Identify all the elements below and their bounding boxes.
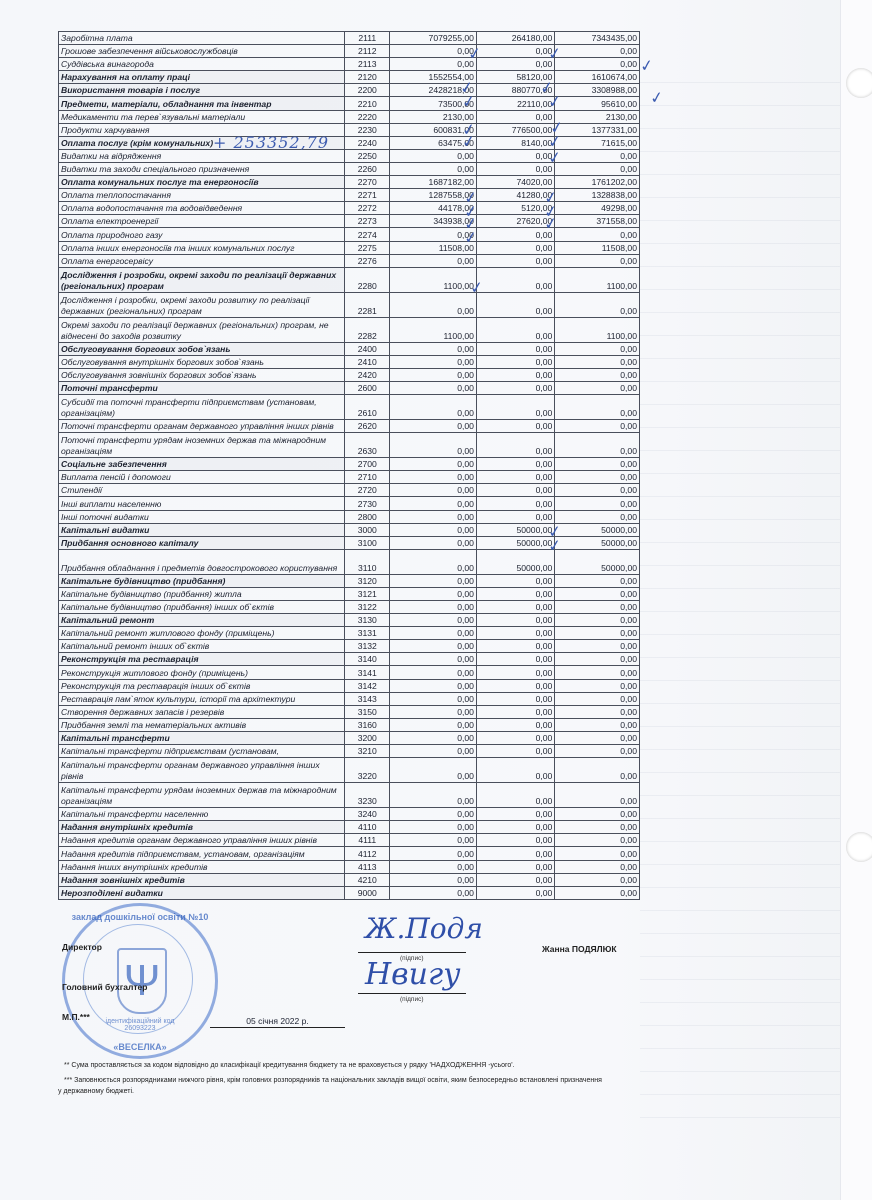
general-fund-cell: 0,00 bbox=[390, 471, 477, 484]
expense-name-cell: Обслуговування боргових зобов`язань bbox=[59, 342, 345, 355]
general-fund-cell: 0,00 bbox=[390, 458, 477, 471]
total-cell: 0,00 bbox=[555, 627, 640, 640]
general-fund-cell: 1100,00 bbox=[390, 317, 477, 342]
expense-name-cell: Субсидії та поточні трансферти підприємс… bbox=[59, 395, 345, 420]
expense-name-cell: Заробітна плата bbox=[59, 32, 345, 45]
special-fund-cell: 776500,00 bbox=[476, 123, 554, 136]
table-row: Поточні трансферти26000,000,000,00 bbox=[59, 381, 640, 394]
general-fund-cell: 0,00 bbox=[390, 355, 477, 368]
kekv-code-cell: 3120 bbox=[345, 574, 390, 587]
kekv-code-cell: 2275 bbox=[345, 241, 390, 254]
expense-name-cell: Медикаменти та перев`язувальні матеріали bbox=[59, 110, 345, 123]
table-row: Надання інших внутрішніх кредитів41130,0… bbox=[59, 860, 640, 873]
table-row: Стипендії27200,000,000,00 bbox=[59, 484, 640, 497]
kekv-code-cell: 2250 bbox=[345, 149, 390, 162]
expense-name-cell: Видатки та заходи спеціального призначен… bbox=[59, 162, 345, 175]
handwritten-sum-note: + 253352,79 bbox=[213, 133, 329, 152]
kekv-code-cell: 3131 bbox=[345, 627, 390, 640]
table-row: Субсидії та поточні трансферти підприємс… bbox=[59, 395, 640, 420]
kekv-code-cell: 4113 bbox=[345, 860, 390, 873]
check-mark-icon: ✓ bbox=[469, 277, 485, 298]
kekv-code-cell: 4112 bbox=[345, 847, 390, 860]
expense-name-cell: Виплата пенсій і допомоги bbox=[59, 471, 345, 484]
special-fund-cell: 0,00 bbox=[476, 368, 554, 381]
check-mark-icon: ✓ bbox=[543, 213, 559, 234]
special-fund-cell: 0,00 bbox=[476, 58, 554, 71]
special-fund-cell: 0,00 bbox=[476, 847, 554, 860]
expense-name-cell: Оплата енергосервісу bbox=[59, 254, 345, 267]
table-row: Нерозподілені видатки90000,000,000,00 bbox=[59, 886, 640, 899]
total-cell: 0,00 bbox=[555, 574, 640, 587]
special-fund-cell: 0,00 bbox=[476, 679, 554, 692]
table-row: Створення державних запасів і резервів31… bbox=[59, 705, 640, 718]
kekv-code-cell: 2240 bbox=[345, 136, 390, 149]
punch-hole bbox=[846, 68, 872, 98]
expense-name-cell: Оплата інших енергоносіїв та інших комун… bbox=[59, 241, 345, 254]
special-fund-cell: 0,00 bbox=[476, 292, 554, 317]
expense-name-cell: Капітальний ремонт bbox=[59, 614, 345, 627]
special-fund-cell: 0,00 bbox=[476, 574, 554, 587]
general-fund-cell: 0,00 bbox=[390, 254, 477, 267]
trident-emblem-icon: Ψ bbox=[117, 948, 167, 1014]
expense-name-cell: Капітальні трансферти населенню bbox=[59, 808, 345, 821]
general-fund-cell: 0,00 bbox=[390, 536, 477, 549]
kekv-code-cell: 2281 bbox=[345, 292, 390, 317]
general-fund-cell: 0,00 bbox=[390, 342, 477, 355]
table-row: Соціальне забезпечення27000,000,000,00 bbox=[59, 458, 640, 471]
special-fund-cell: 0,00 bbox=[476, 834, 554, 847]
check-mark-icon: ✓ bbox=[639, 55, 655, 76]
special-fund-cell: 264180,00 bbox=[476, 32, 554, 45]
table-row: Капітальне будівництво (придбання) житла… bbox=[59, 587, 640, 600]
expense-name-cell: Поточні трансферти bbox=[59, 381, 345, 394]
expense-name-cell: Окремі заходи по реалізації державних (р… bbox=[59, 317, 345, 342]
expense-name-cell: Предмети, матеріали, обладнання та інвен… bbox=[59, 97, 345, 110]
special-fund-cell: 0,00 bbox=[476, 342, 554, 355]
general-fund-cell: 0,00 bbox=[390, 381, 477, 394]
total-cell: 0,00 bbox=[555, 510, 640, 523]
special-fund-cell: 0,00 bbox=[476, 433, 554, 458]
kekv-code-cell: 3130 bbox=[345, 614, 390, 627]
general-fund-cell: 0,00 bbox=[390, 731, 477, 744]
expense-name-cell: Поточні трансферти органам державного уп… bbox=[59, 420, 345, 433]
special-fund-cell: 0,00 bbox=[476, 640, 554, 653]
kekv-code-cell: 2271 bbox=[345, 189, 390, 202]
special-fund-cell: 0,00 bbox=[476, 601, 554, 614]
table-row: Виплата пенсій і допомоги27100,000,000,0… bbox=[59, 471, 640, 484]
total-cell: 1610674,00 bbox=[555, 71, 640, 84]
total-cell: 0,00 bbox=[555, 497, 640, 510]
kekv-code-cell: 3100 bbox=[345, 536, 390, 549]
director-name: Жанна ПОДЯЛЮК bbox=[542, 944, 617, 954]
total-cell: 0,00 bbox=[555, 162, 640, 175]
expense-name-cell: Використання товарів і послуг bbox=[59, 84, 345, 97]
special-fund-cell: 0,00 bbox=[476, 783, 554, 808]
total-cell: 0,00 bbox=[555, 601, 640, 614]
total-cell: 50000,00 bbox=[555, 536, 640, 549]
general-fund-cell: 0,00 bbox=[390, 886, 477, 899]
expense-name-cell: Капітальне будівництво (придбання) інших… bbox=[59, 601, 345, 614]
page-right-edge bbox=[840, 0, 872, 1200]
special-fund-cell: 0,00 bbox=[476, 510, 554, 523]
general-fund-cell: 0,00 bbox=[390, 745, 477, 758]
kekv-code-cell: 2273 bbox=[345, 215, 390, 228]
total-cell: 0,00 bbox=[555, 58, 640, 71]
table-row: Надання кредитів підприємствам, установа… bbox=[59, 847, 640, 860]
special-fund-cell: 0,00 bbox=[476, 873, 554, 886]
expense-name-cell: Реконструкція та реставрація bbox=[59, 653, 345, 666]
special-fund-cell: 0,00 bbox=[476, 587, 554, 600]
expense-name-cell: Капітальні трансферти урядам іноземних д… bbox=[59, 783, 345, 808]
kekv-code-cell: 3210 bbox=[345, 745, 390, 758]
expense-name-cell: Реконструкція та реставрація інших об`єк… bbox=[59, 679, 345, 692]
total-cell: 0,00 bbox=[555, 342, 640, 355]
table-row: Капітальний ремонт житлового фонду (прим… bbox=[59, 627, 640, 640]
special-fund-cell: 0,00 bbox=[476, 886, 554, 899]
special-fund-cell: 0,00 bbox=[476, 110, 554, 123]
total-cell: 371558,00 bbox=[555, 215, 640, 228]
kekv-code-cell: 2630 bbox=[345, 433, 390, 458]
general-fund-cell: 0,00 bbox=[390, 45, 477, 58]
table-row: Капітальний ремонт31300,000,000,00 bbox=[59, 614, 640, 627]
kekv-code-cell: 2112 bbox=[345, 45, 390, 58]
special-fund-cell: 0,00 bbox=[476, 692, 554, 705]
kekv-code-cell: 2720 bbox=[345, 484, 390, 497]
total-cell: 0,00 bbox=[555, 705, 640, 718]
special-fund-cell: 0,00 bbox=[476, 666, 554, 679]
expense-name-cell: Придбання обладнання і предметів довгост… bbox=[59, 549, 345, 574]
total-cell: 71615,00 bbox=[555, 136, 640, 149]
accountant-signature-line bbox=[358, 993, 466, 994]
expense-name-cell: Надання зовнішніх кредитів bbox=[59, 873, 345, 886]
table-row: Інші виплати населенню27300,000,000,00 bbox=[59, 497, 640, 510]
director-signature: Ж.Подя bbox=[365, 912, 483, 945]
general-fund-cell: 0,00 bbox=[390, 433, 477, 458]
total-cell: 0,00 bbox=[555, 45, 640, 58]
kekv-code-cell: 2230 bbox=[345, 123, 390, 136]
kekv-code-cell: 2113 bbox=[345, 58, 390, 71]
general-fund-cell: 0,00 bbox=[390, 640, 477, 653]
total-cell: 0,00 bbox=[555, 653, 640, 666]
table-row: Поточні трансферти урядам іноземних держ… bbox=[59, 433, 640, 458]
general-fund-cell: 0,00 bbox=[390, 627, 477, 640]
total-cell: 0,00 bbox=[555, 420, 640, 433]
special-fund-cell: 0,00 bbox=[476, 241, 554, 254]
special-fund-cell: 22110,00 bbox=[476, 97, 554, 110]
general-fund-cell: 0,00 bbox=[390, 847, 477, 860]
table-row: Заробітна плата21117079255,00264180,0073… bbox=[59, 32, 640, 45]
total-cell: 50000,00 bbox=[555, 523, 640, 536]
check-mark-icon: ✓ bbox=[547, 521, 563, 542]
expense-name-cell: Капітальне будівництво (придбання) bbox=[59, 574, 345, 587]
kekv-code-cell: 2600 bbox=[345, 381, 390, 394]
table-row: Реконструкція та реставрація31400,000,00… bbox=[59, 653, 640, 666]
general-fund-cell: 0,00 bbox=[390, 420, 477, 433]
special-fund-cell: 0,00 bbox=[476, 484, 554, 497]
expense-name-cell: Капітальний ремонт житлового фонду (прим… bbox=[59, 627, 345, 640]
table-row: Обслуговування зовнішніх боргових зобов`… bbox=[59, 368, 640, 381]
special-fund-cell: 0,00 bbox=[476, 420, 554, 433]
total-cell: 0,00 bbox=[555, 640, 640, 653]
special-fund-cell: 0,00 bbox=[476, 731, 554, 744]
total-cell: 0,00 bbox=[555, 614, 640, 627]
expense-name-cell: Поточні трансферти урядам іноземних держ… bbox=[59, 433, 345, 458]
special-fund-cell: 0,00 bbox=[476, 254, 554, 267]
special-fund-cell: 0,00 bbox=[476, 614, 554, 627]
kekv-code-cell: 3142 bbox=[345, 679, 390, 692]
kekv-code-cell: 3220 bbox=[345, 758, 390, 783]
special-fund-cell: 0,00 bbox=[476, 45, 554, 58]
general-fund-cell: 0,00 bbox=[390, 860, 477, 873]
special-fund-cell: 0,00 bbox=[476, 381, 554, 394]
expense-name-cell: Дослідження і розробки, окремі заходи ро… bbox=[59, 292, 345, 317]
kekv-code-cell: 2274 bbox=[345, 228, 390, 241]
general-fund-cell: 0,00 bbox=[390, 523, 477, 536]
kekv-code-cell: 2610 bbox=[345, 395, 390, 420]
kekv-code-cell: 2272 bbox=[345, 202, 390, 215]
expense-name-cell: Соціальне забезпечення bbox=[59, 458, 345, 471]
expense-name-cell: Обслуговування внутрішніх боргових зобов… bbox=[59, 355, 345, 368]
table-row: Надання зовнішніх кредитів42100,000,000,… bbox=[59, 873, 640, 886]
kekv-code-cell: 3143 bbox=[345, 692, 390, 705]
expense-name-cell: Реставрація пам`яток культури, історії т… bbox=[59, 692, 345, 705]
footnote-triple-star: *** Заповнюється розпорядниками нижчого … bbox=[64, 1077, 602, 1084]
seal-id-text: ідентифікаційний код 26093223 bbox=[95, 1018, 185, 1032]
kekv-code-cell: 3121 bbox=[345, 587, 390, 600]
expense-name-cell: Дослідження і розробки, окремі заходи по… bbox=[59, 267, 345, 292]
expense-name-cell: Надання кредитів органам державного упра… bbox=[59, 834, 345, 847]
total-cell: 1100,00 bbox=[555, 267, 640, 292]
total-cell: 0,00 bbox=[555, 587, 640, 600]
special-fund-cell: 0,00 bbox=[476, 471, 554, 484]
seal-place-label: М.П.*** bbox=[62, 1012, 90, 1022]
total-cell: 0,00 bbox=[555, 458, 640, 471]
total-cell: 49298,00 bbox=[555, 202, 640, 215]
table-row: Капітальні трансферти населенню32400,000… bbox=[59, 808, 640, 821]
general-fund-cell: 0,00 bbox=[390, 808, 477, 821]
kekv-code-cell: 3000 bbox=[345, 523, 390, 536]
total-cell: 1100,00 bbox=[555, 317, 640, 342]
general-fund-cell: 0,00 bbox=[390, 549, 477, 574]
special-fund-cell: 50000,00 bbox=[476, 523, 554, 536]
general-fund-cell: 0,00 bbox=[390, 510, 477, 523]
expense-name-cell: Нерозподілені видатки bbox=[59, 886, 345, 899]
total-cell: 0,00 bbox=[555, 149, 640, 162]
kekv-code-cell: 3200 bbox=[345, 731, 390, 744]
total-cell: 2130,00 bbox=[555, 110, 640, 123]
special-fund-cell: 50000,00 bbox=[476, 549, 554, 574]
bleed-through-ghost-table bbox=[640, 60, 840, 1120]
general-fund-cell: 0,00 bbox=[390, 873, 477, 886]
table-row: Надання кредитів органам державного упра… bbox=[59, 834, 640, 847]
total-cell: 0,00 bbox=[555, 679, 640, 692]
total-cell: 0,00 bbox=[555, 484, 640, 497]
table-row: Реконструкція та реставрація інших об`єк… bbox=[59, 679, 640, 692]
general-fund-cell: 0,00 bbox=[390, 758, 477, 783]
expense-name-cell: Придбання землі та нематеріальних активі… bbox=[59, 718, 345, 731]
total-cell: 3308988,00 bbox=[555, 84, 640, 97]
expense-name-cell: Нарахування на оплату праці bbox=[59, 71, 345, 84]
special-fund-cell: 0,00 bbox=[476, 860, 554, 873]
special-fund-cell: 0,00 bbox=[476, 745, 554, 758]
table-row: Поточні трансферти органам державного уп… bbox=[59, 420, 640, 433]
director-label: Директор bbox=[62, 942, 102, 952]
check-mark-icon: ✓ bbox=[461, 131, 477, 152]
total-cell: 50000,00 bbox=[555, 549, 640, 574]
check-mark-icon: ✓ bbox=[463, 227, 479, 248]
special-fund-cell: 0,00 bbox=[476, 758, 554, 783]
expense-name-cell: Придбання основного капіталу bbox=[59, 536, 345, 549]
total-cell: 1328838,00 bbox=[555, 189, 640, 202]
special-fund-cell: 0,00 bbox=[476, 228, 554, 241]
kekv-code-cell: 2200 bbox=[345, 84, 390, 97]
accountant-signature-caption: (підпис) bbox=[400, 996, 424, 1003]
kekv-code-cell: 2400 bbox=[345, 342, 390, 355]
kekv-code-cell: 2620 bbox=[345, 420, 390, 433]
expense-name-cell: Створення державних запасів і резервів bbox=[59, 705, 345, 718]
total-cell: 0,00 bbox=[555, 834, 640, 847]
kekv-code-cell: 2410 bbox=[345, 355, 390, 368]
expense-name-cell: Реконструкція житлового фонду (приміщень… bbox=[59, 666, 345, 679]
expense-name-cell: Інші виплати населенню bbox=[59, 497, 345, 510]
special-fund-cell: 0,00 bbox=[476, 317, 554, 342]
general-fund-cell: 0,00 bbox=[390, 58, 477, 71]
general-fund-cell: 0,00 bbox=[390, 834, 477, 847]
general-fund-cell: 1100,00 bbox=[390, 267, 477, 292]
kekv-code-cell: 3140 bbox=[345, 653, 390, 666]
kekv-code-cell: 3110 bbox=[345, 549, 390, 574]
table-row: Капітальне будівництво (придбання)31200,… bbox=[59, 574, 640, 587]
table-row: Капітальні трансферти32000,000,000,00 bbox=[59, 731, 640, 744]
kekv-code-cell: 3132 bbox=[345, 640, 390, 653]
table-row: Капітальний ремонт інших об`єктів31320,0… bbox=[59, 640, 640, 653]
chief-accountant-label: Головний бухгалтер bbox=[62, 982, 147, 992]
special-fund-cell: 0,00 bbox=[476, 458, 554, 471]
total-cell: 0,00 bbox=[555, 381, 640, 394]
expense-name-cell: Оплата водопостачання та водовідведення bbox=[59, 202, 345, 215]
table-row: Дослідження і розробки, окремі заходи по… bbox=[59, 267, 640, 292]
kekv-code-cell: 2800 bbox=[345, 510, 390, 523]
kekv-code-cell: 2270 bbox=[345, 176, 390, 189]
table-row: Капітальне будівництво (придбання) інших… bbox=[59, 601, 640, 614]
special-fund-cell: 50000,00 bbox=[476, 536, 554, 549]
general-fund-cell: 0,00 bbox=[390, 292, 477, 317]
expense-name-cell: Оплата природного газу bbox=[59, 228, 345, 241]
total-cell: 0,00 bbox=[555, 395, 640, 420]
director-signature-line bbox=[358, 952, 466, 953]
general-fund-cell: 1687182,00 bbox=[390, 176, 477, 189]
total-cell: 1761202,00 bbox=[555, 176, 640, 189]
table-row: Надання внутрішніх кредитів41100,000,000… bbox=[59, 821, 640, 834]
table-row: Реконструкція житлового фонду (приміщень… bbox=[59, 666, 640, 679]
footnote-triple-star-cont: у державному бюджеті. bbox=[58, 1088, 134, 1095]
special-fund-cell: 0,00 bbox=[476, 267, 554, 292]
expense-name-cell: Оплата електроенергії bbox=[59, 215, 345, 228]
kekv-code-cell: 2276 bbox=[345, 254, 390, 267]
kekv-code-cell: 4210 bbox=[345, 873, 390, 886]
kekv-code-cell: 2700 bbox=[345, 458, 390, 471]
seal-top-text: заклад дошкільної освіти №10 bbox=[65, 912, 215, 922]
check-mark-icon: ✓ bbox=[649, 87, 665, 108]
total-cell: 0,00 bbox=[555, 873, 640, 886]
total-cell: 0,00 bbox=[555, 433, 640, 458]
total-cell: 11508,00 bbox=[555, 241, 640, 254]
special-fund-cell: 0,00 bbox=[476, 808, 554, 821]
kekv-code-cell: 2710 bbox=[345, 471, 390, 484]
total-cell: 0,00 bbox=[555, 254, 640, 267]
kekv-code-cell: 4111 bbox=[345, 834, 390, 847]
general-fund-cell: 0,00 bbox=[390, 162, 477, 175]
punch-hole bbox=[846, 832, 872, 862]
total-cell: 0,00 bbox=[555, 692, 640, 705]
total-cell: 0,00 bbox=[555, 228, 640, 241]
table-row: Оплата інших енергоносіїв та інших комун… bbox=[59, 241, 640, 254]
check-mark-icon: ✓ bbox=[461, 91, 477, 112]
special-fund-cell: 0,00 bbox=[476, 395, 554, 420]
kekv-code-cell: 2730 bbox=[345, 497, 390, 510]
kekv-code-cell: 3150 bbox=[345, 705, 390, 718]
expense-name-cell: Грошове забезпечення військовослужбовців bbox=[59, 45, 345, 58]
general-fund-cell: 0,00 bbox=[390, 395, 477, 420]
kekv-code-cell: 4110 bbox=[345, 821, 390, 834]
special-fund-cell: 8140,00 bbox=[476, 136, 554, 149]
kekv-code-cell: 2111 bbox=[345, 32, 390, 45]
table-row: Придбання землі та нематеріальних активі… bbox=[59, 718, 640, 731]
general-fund-cell: 0,00 bbox=[390, 821, 477, 834]
total-cell: 0,00 bbox=[555, 821, 640, 834]
kekv-code-cell: 2260 bbox=[345, 162, 390, 175]
expense-name-cell: Капітальні трансферти органам державного… bbox=[59, 758, 345, 783]
table-row: Капітальні трансферти урядам іноземних д… bbox=[59, 783, 640, 808]
expense-name-cell: Капітальні трансферти підприємствам (уст… bbox=[59, 745, 345, 758]
special-fund-cell: 0,00 bbox=[476, 718, 554, 731]
document-date: 05 січня 2022 р. bbox=[210, 1016, 345, 1028]
general-fund-cell: 0,00 bbox=[390, 601, 477, 614]
total-cell: 0,00 bbox=[555, 355, 640, 368]
general-fund-cell: 0,00 bbox=[390, 497, 477, 510]
kekv-code-cell: 3122 bbox=[345, 601, 390, 614]
general-fund-cell: 0,00 bbox=[390, 705, 477, 718]
general-fund-cell: 0,00 bbox=[390, 574, 477, 587]
general-fund-cell: 0,00 bbox=[390, 679, 477, 692]
expense-name-cell: Оплата комунальних послуг та енергоносії… bbox=[59, 176, 345, 189]
total-cell: 0,00 bbox=[555, 808, 640, 821]
expense-name-cell: Капітальні видатки bbox=[59, 523, 345, 536]
total-cell: 0,00 bbox=[555, 718, 640, 731]
special-fund-cell: 74020,00 bbox=[476, 176, 554, 189]
general-fund-cell: 0,00 bbox=[390, 666, 477, 679]
expense-name-cell: Капітальний ремонт інших об`єктів bbox=[59, 640, 345, 653]
footnote-double-star: ** Сума проставляється за кодом відповід… bbox=[64, 1062, 515, 1069]
check-mark-icon: ✓ bbox=[547, 43, 563, 64]
kekv-code-cell: 2280 bbox=[345, 267, 390, 292]
table-row: Обслуговування внутрішніх боргових зобов… bbox=[59, 355, 640, 368]
table-row: Капітальні трансферти підприємствам (уст… bbox=[59, 745, 640, 758]
total-cell: 0,00 bbox=[555, 666, 640, 679]
table-row: Капітальні трансферти органам державного… bbox=[59, 758, 640, 783]
kekv-code-cell: 2420 bbox=[345, 368, 390, 381]
table-row: Обслуговування боргових зобов`язань24000… bbox=[59, 342, 640, 355]
special-fund-cell: 0,00 bbox=[476, 627, 554, 640]
general-fund-cell: 0,00 bbox=[390, 484, 477, 497]
general-fund-cell: 0,00 bbox=[390, 653, 477, 666]
table-row: Окремі заходи по реалізації державних (р… bbox=[59, 317, 640, 342]
kekv-code-cell: 9000 bbox=[345, 886, 390, 899]
kekv-code-cell: 2282 bbox=[345, 317, 390, 342]
seal-bottom-text: «ВЕСЕЛКА» bbox=[65, 1042, 215, 1052]
total-cell: 0,00 bbox=[555, 847, 640, 860]
official-seal: заклад дошкільної освіти №10 Ψ ідентифік… bbox=[62, 903, 218, 1059]
